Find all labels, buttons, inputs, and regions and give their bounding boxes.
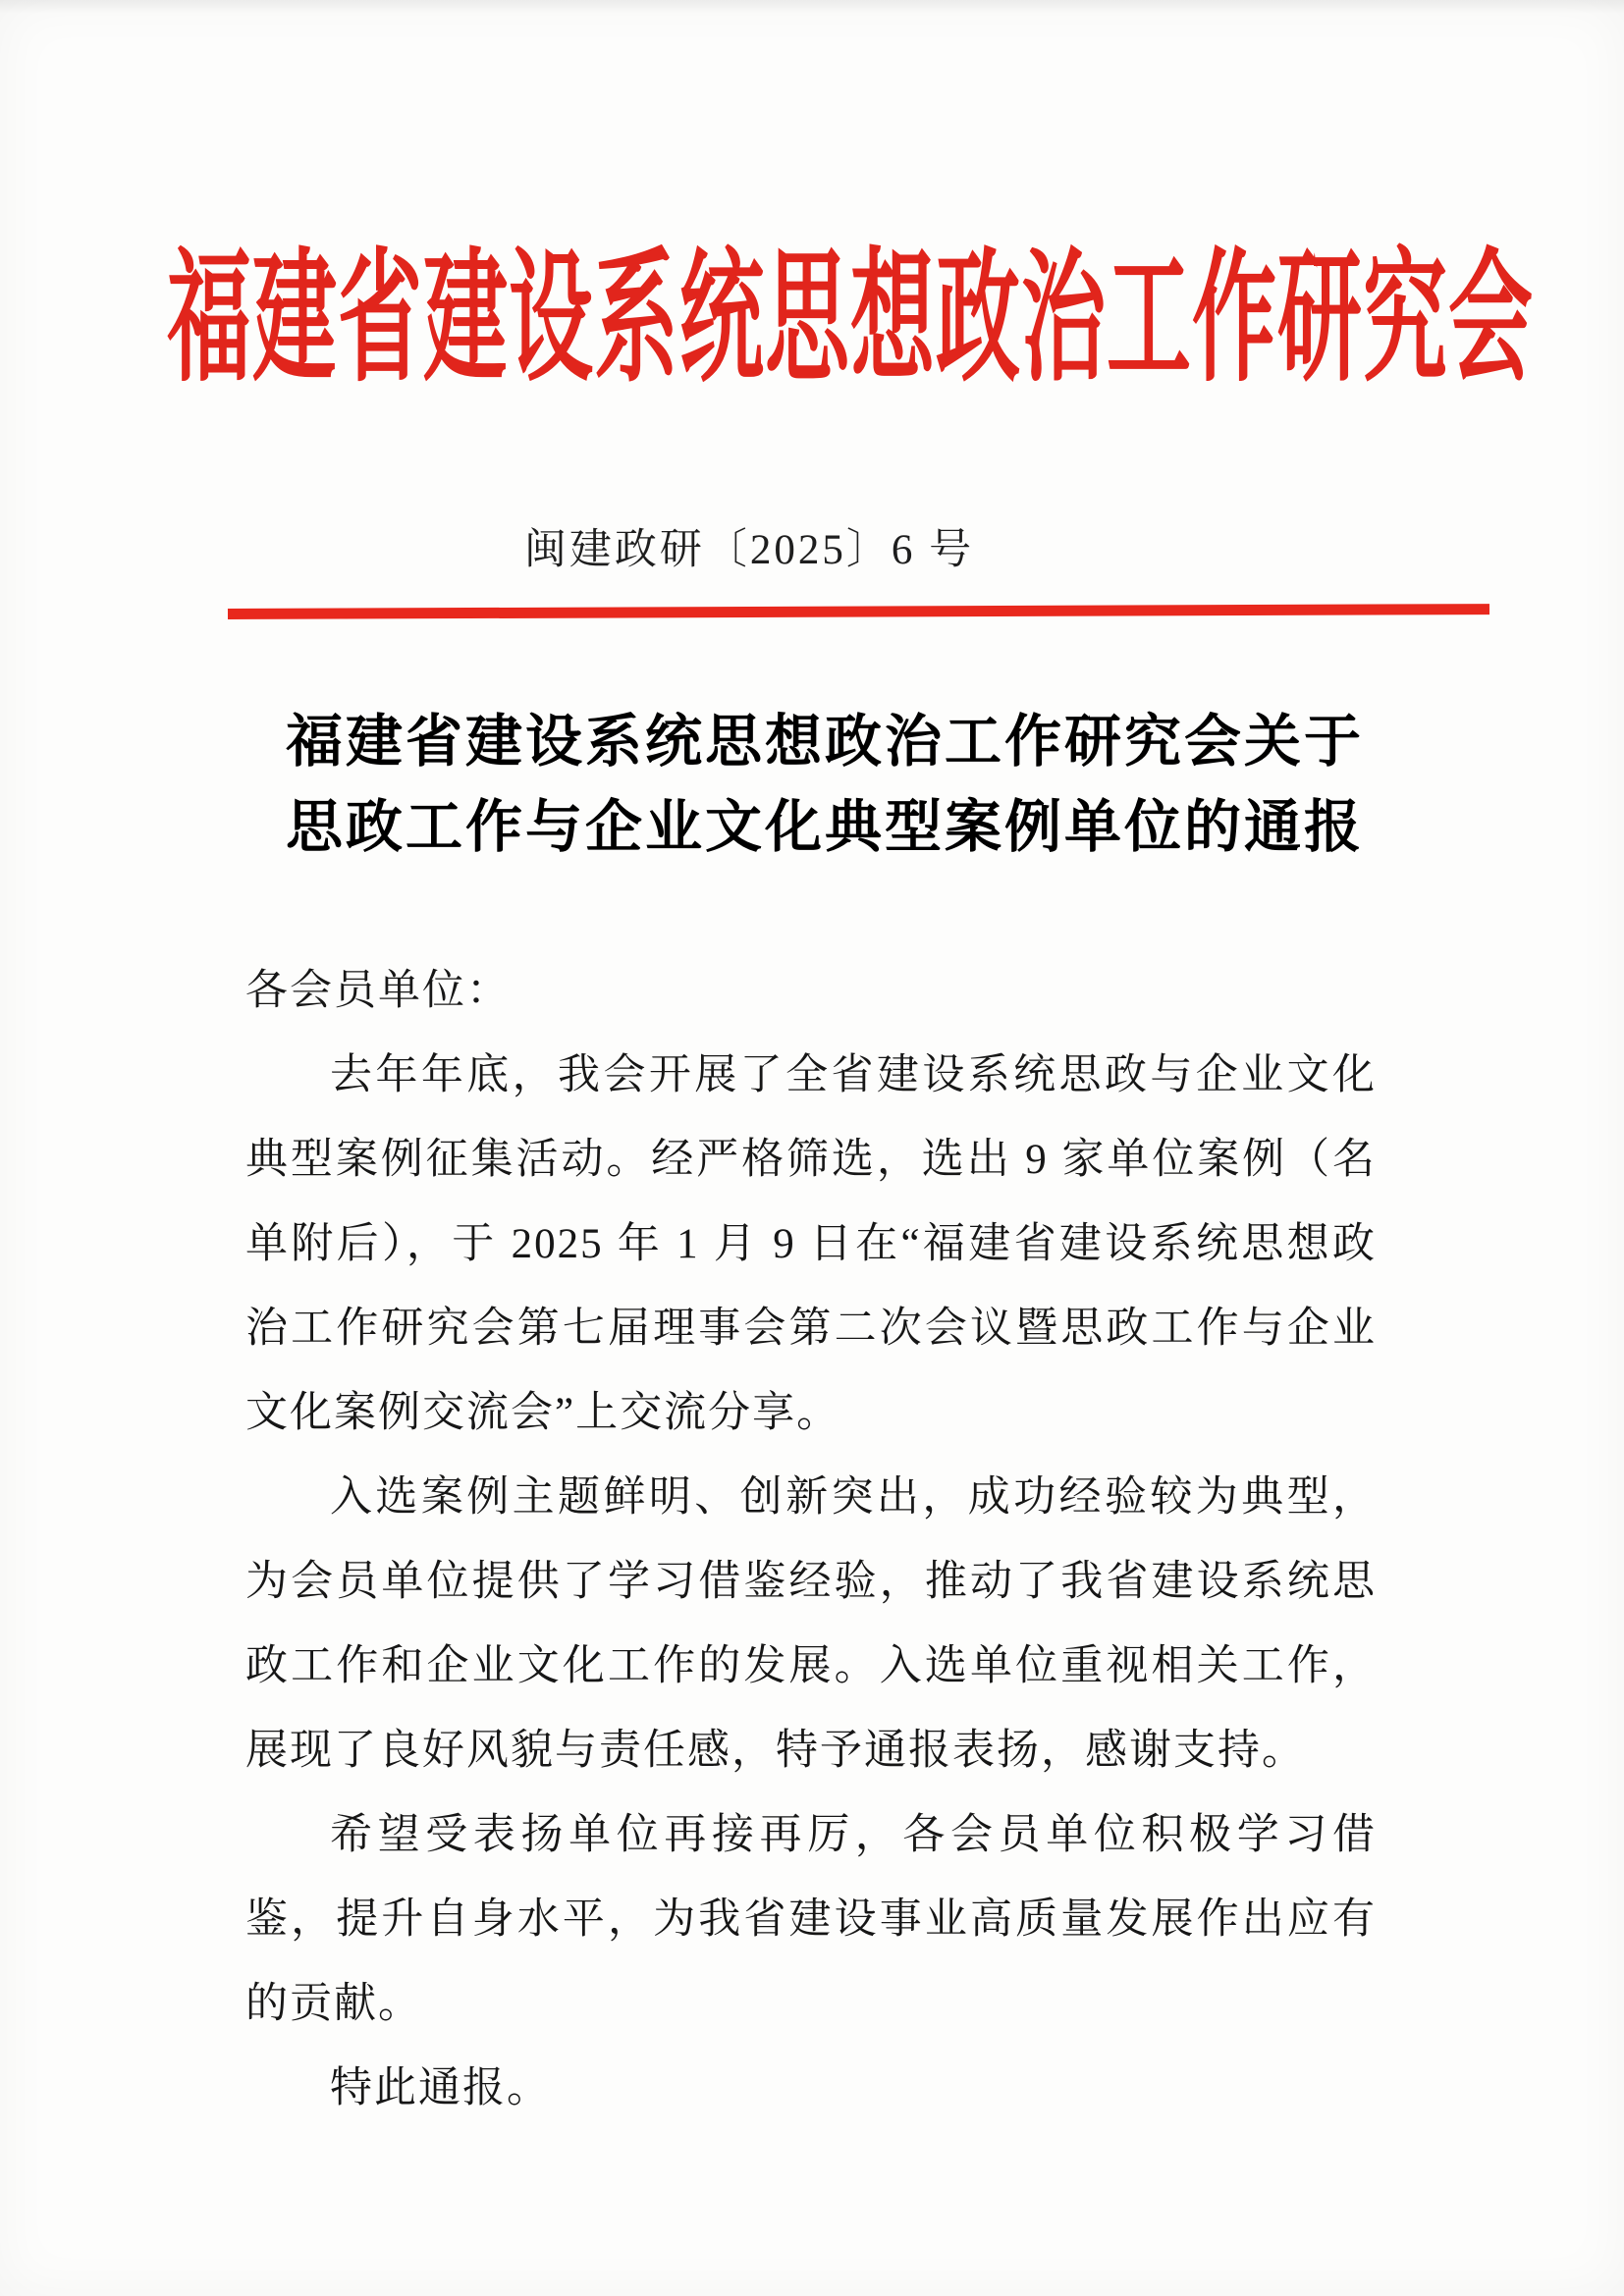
- body-paragraph-3: 希望受表扬单位再接再厉，各会员单位积极学习借鉴，提升自身水平，为我省建设事业高质…: [245, 1793, 1377, 2047]
- masthead-organization-name: 福建省建设系统思想政治工作研究会: [167, 247, 1534, 391]
- body-paragraph-2: 入选案例主题鲜明、创新突出，成功经验较为典型，为会员单位提供了学习借鉴经验，推动…: [245, 1456, 1377, 1793]
- scan-edge-shade: [0, 0, 1624, 14]
- notice-title: 福建省建设系统思想政治工作研究会关于 思政工作与企业文化典型案例单位的通报: [13, 699, 1624, 870]
- red-masthead: 福建省建设系统思想政治工作研究会: [38, 277, 1624, 386]
- notice-title-line2: 思政工作与企业文化典型案例单位的通报: [13, 784, 1624, 870]
- notice-title-line1: 福建省建设系统思想政治工作研究会关于: [13, 699, 1624, 784]
- document-number: 闽建政研〔2025〕6 号: [0, 523, 1561, 578]
- red-separator-rule: [228, 604, 1489, 619]
- body-paragraph-1: 去年年底，我会开展了全省建设系统思政与企业文化典型案例征集活动。经严格筛选，选出…: [245, 1034, 1377, 1456]
- body-paragraph-4: 特此通报。: [245, 2047, 1377, 2131]
- scanned-official-document-page: 福建省建设系统思想政治工作研究会 闽建政研〔2025〕6 号 福建省建设系统思想…: [0, 0, 1624, 2296]
- salutation: 各会员单位：: [245, 949, 1377, 1034]
- notice-body: 各会员单位： 去年年底，我会开展了全省建设系统思政与企业文化典型案例征集活动。经…: [245, 949, 1377, 2131]
